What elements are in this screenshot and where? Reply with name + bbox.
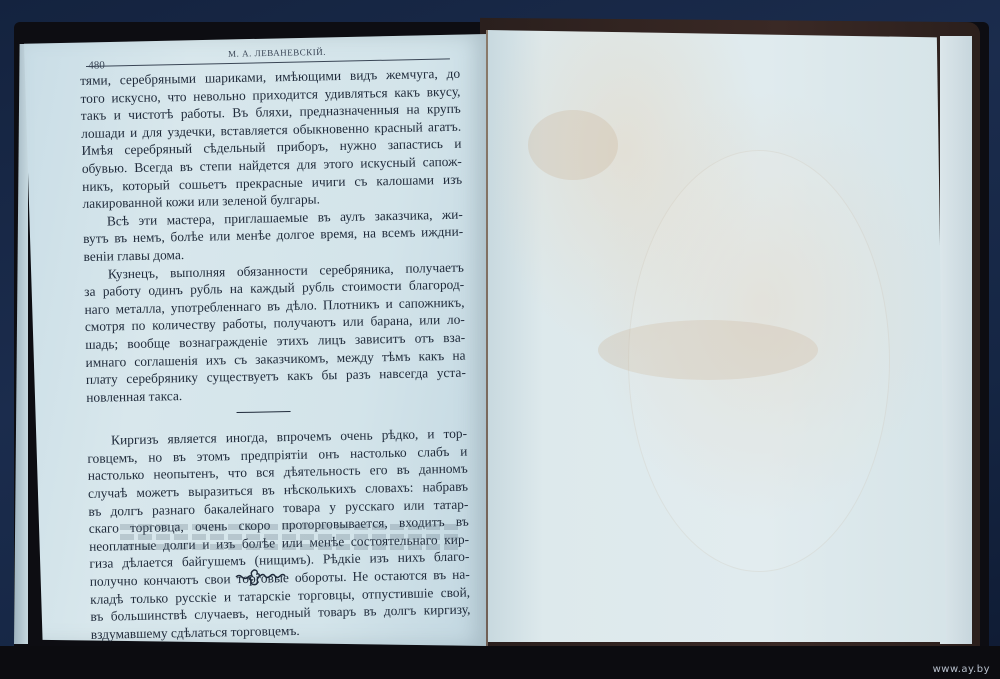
running-head-author: М. А. ЛЕВАНЕВСКIЙ. xyxy=(228,47,326,59)
paragraph-3: Кузнецъ, выполняя обязанности серебряник… xyxy=(84,258,467,406)
section-separator-rule xyxy=(237,411,291,413)
paragraph-2: Всѣ эти мастера, приглашаемые въ аулъ за… xyxy=(83,205,464,265)
right-page-stack-edge xyxy=(940,36,975,644)
watermark: www.ay.by xyxy=(933,664,990,675)
book-spine-gutter xyxy=(486,30,488,648)
right-page xyxy=(488,30,946,642)
foxing-stain xyxy=(528,110,618,180)
show-through-text xyxy=(120,520,460,560)
paragraph-1: тями, серебряными шариками, имѣющими вид… xyxy=(80,65,463,213)
table-surface-shadow xyxy=(0,646,1000,679)
tailpiece-ornament-icon xyxy=(234,566,290,588)
circular-fold-mark xyxy=(628,150,890,572)
